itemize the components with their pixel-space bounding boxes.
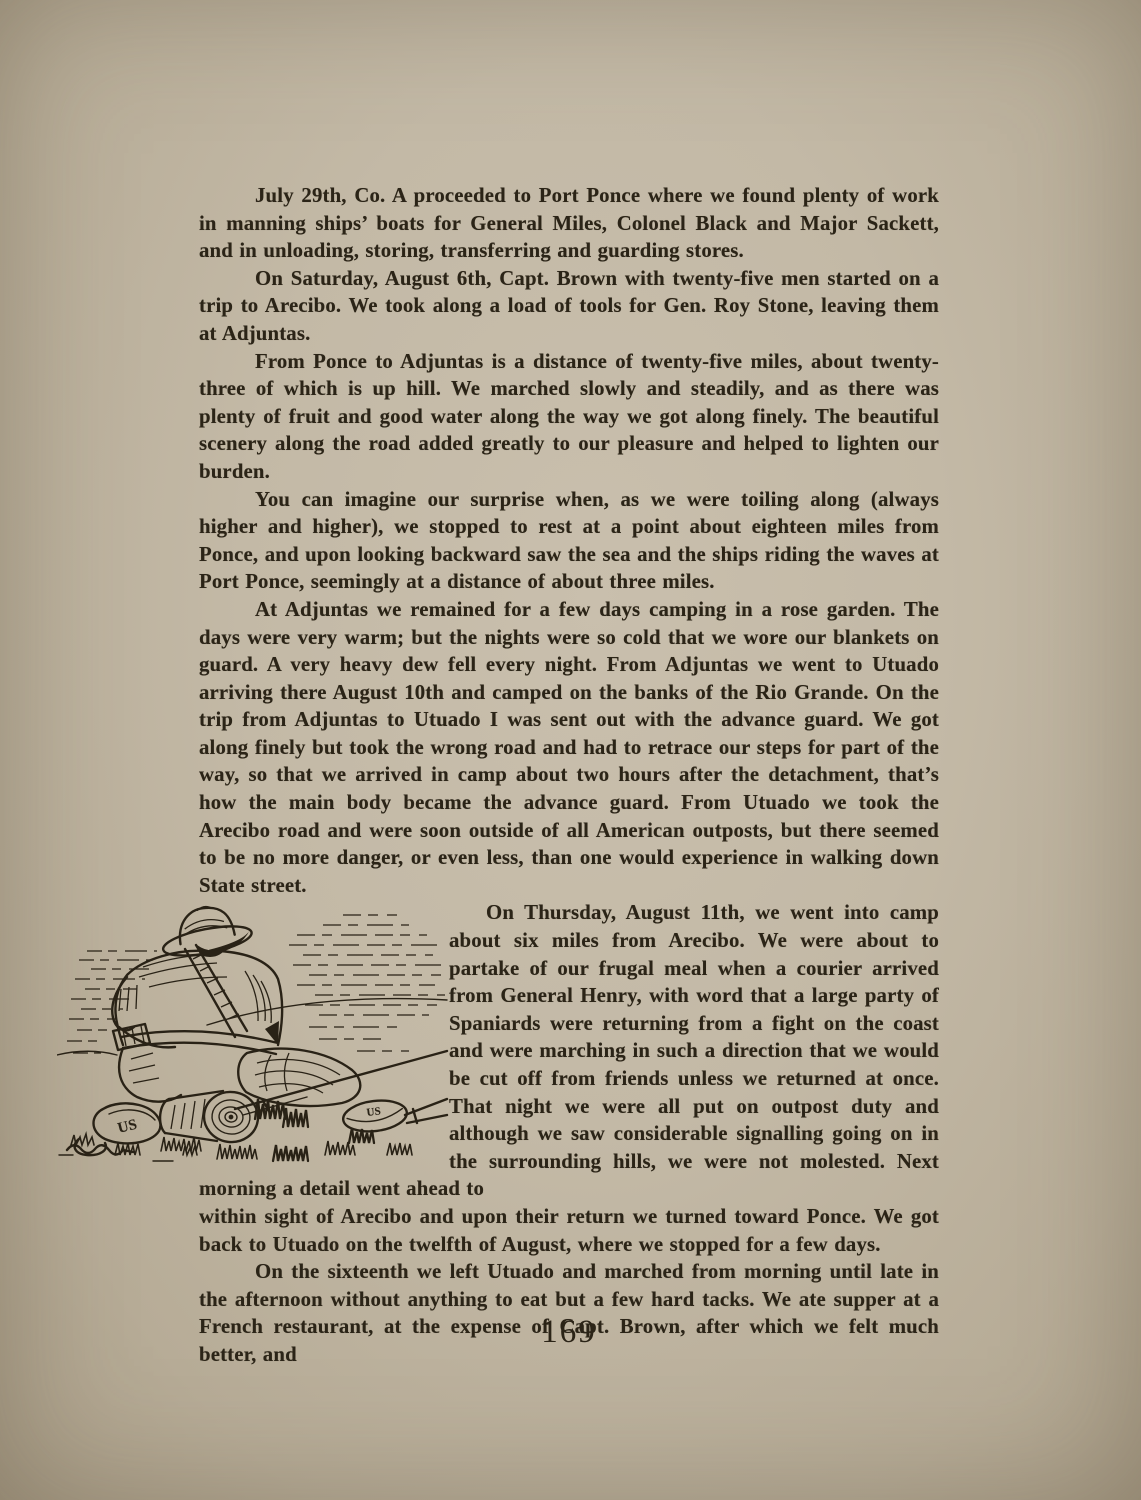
paragraph: From Ponce to Adjuntas is a distance of … (199, 348, 939, 486)
blanket-roll (160, 1089, 261, 1146)
page-number: 169 (199, 1314, 939, 1351)
soldier-illustration: US US (57, 903, 449, 1169)
paragraph: within sight of Arecibo and upon their r… (199, 1203, 939, 1258)
book-page: July 29th, Co. A proceeded to Port Ponce… (0, 0, 1141, 1500)
bent-leg-bundle (238, 1049, 360, 1106)
rifle-strap (185, 945, 247, 1037)
hatching-right (289, 915, 445, 1051)
page-text-block: July 29th, Co. A proceeded to Port Ponce… (199, 182, 939, 1369)
us-marking-text: US (116, 1117, 139, 1137)
paragraph: July 29th, Co. A proceeded to Port Ponce… (199, 182, 939, 265)
soldier-sketch-svg: US US (57, 903, 449, 1169)
paragraph: At Adjuntas we remained for a few days c… (199, 596, 939, 900)
stick (405, 1099, 447, 1123)
paragraph: On Saturday, August 6th, Capt. Brown wit… (199, 265, 939, 348)
us-marking-text: US (366, 1106, 382, 1120)
horizon-line (207, 999, 447, 1025)
paragraph: You can imagine our surprise when, as we… (199, 486, 939, 596)
